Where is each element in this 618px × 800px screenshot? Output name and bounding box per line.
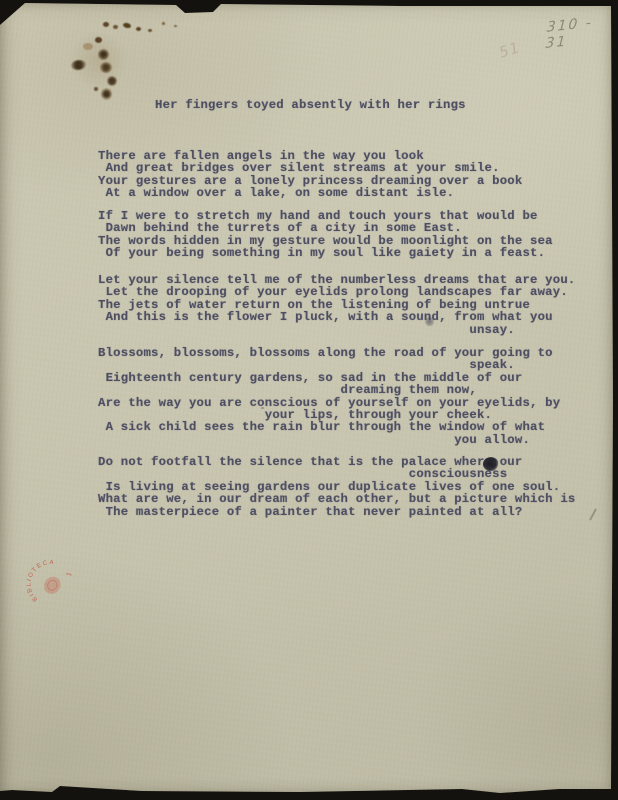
poem-stanza-1: There are fallen angels in the way you l… xyxy=(98,150,522,200)
stain-spot xyxy=(94,87,98,91)
poem-stanza-2: If I were to stretch my hand and touch y… xyxy=(98,210,553,260)
pencil-dot xyxy=(252,404,255,406)
stain-spot xyxy=(95,37,102,43)
stain-spot xyxy=(107,76,117,86)
poem-stanza-5: Do not footfall the silence that is the … xyxy=(98,456,576,518)
stain-spot xyxy=(98,49,109,60)
stain-spot xyxy=(101,88,112,100)
stain-spot xyxy=(148,29,152,32)
stain-spot xyxy=(123,22,132,29)
pencil-annotation-top-right: 310 - 31 xyxy=(545,12,618,52)
stain-spot xyxy=(103,22,109,27)
overtype-smudge xyxy=(425,316,434,327)
stain-spot xyxy=(83,43,93,50)
library-stamp: BIBLIOTECA xyxy=(11,545,86,620)
poem-title: Her fingers toyed absently with her ring… xyxy=(155,99,466,111)
stain-spot xyxy=(100,62,112,73)
stain-spot xyxy=(136,27,141,31)
stain-spot xyxy=(174,25,177,27)
scan-background: Her fingers toyed absently with her ring… xyxy=(0,0,618,800)
pencil-tick xyxy=(589,508,597,520)
stain-spot xyxy=(113,25,118,29)
poem-stanza-4: Blossoms, blossoms, blossoms along the r… xyxy=(98,347,560,446)
paper-sheet: Her fingers toyed absently with her ring… xyxy=(0,0,618,800)
pencil-dot xyxy=(261,407,264,409)
stamp-emblem xyxy=(41,573,64,597)
pencil-page-number: 51 xyxy=(497,38,523,62)
poem-stanza-3: Let your silence tell me of the numberle… xyxy=(98,274,576,336)
stain-spot xyxy=(162,22,165,25)
